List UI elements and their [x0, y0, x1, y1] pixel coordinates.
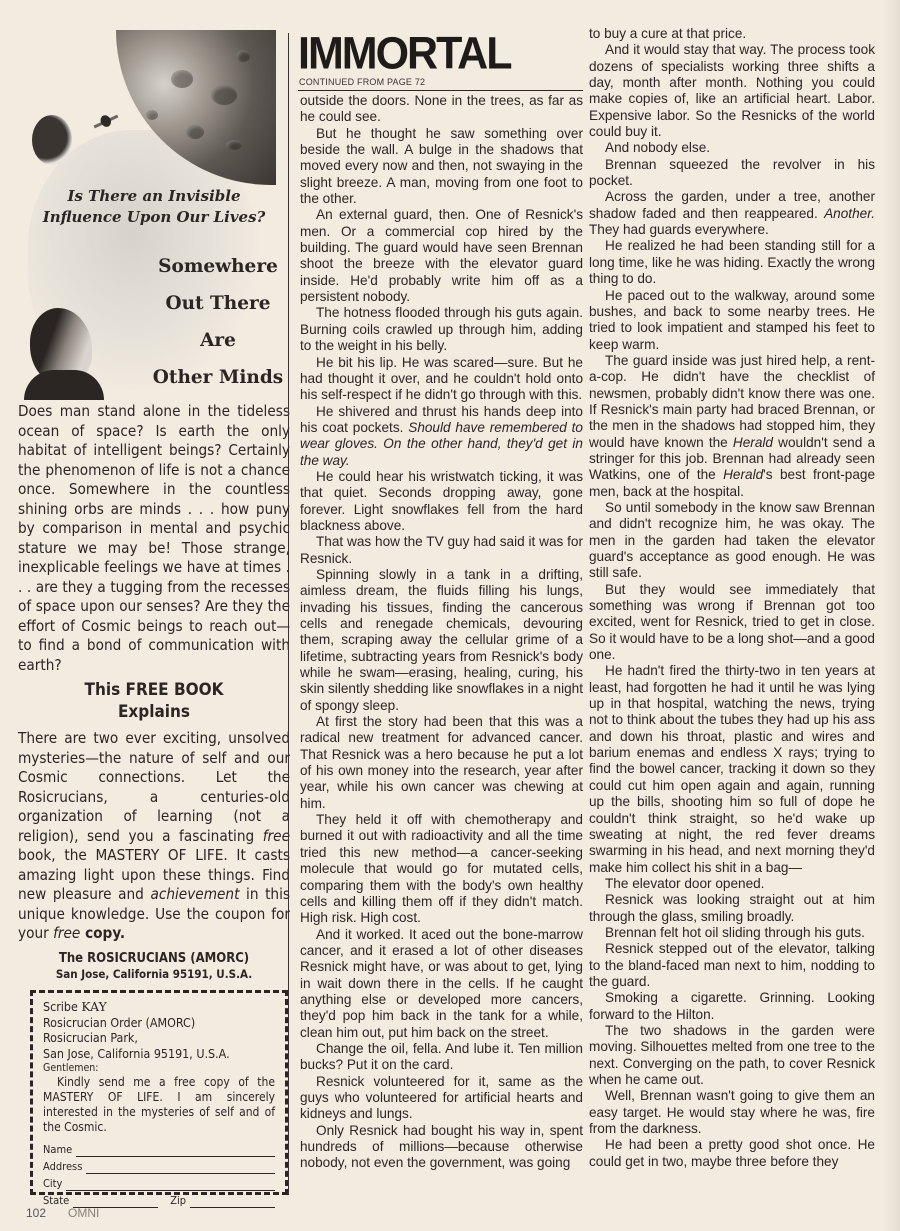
- story-paragraph: And it would stay that way. The process …: [589, 42, 875, 140]
- story-column-2: to buy a cure at that price.And it would…: [589, 26, 875, 1170]
- page-number: 102: [26, 1206, 46, 1220]
- story-paragraph: And it worked. It aced out the bone-marr…: [300, 927, 583, 1041]
- story-paragraph: That was how the TV guy had said it was …: [300, 534, 583, 567]
- coupon-salutation: Gentlemen:: [43, 1061, 275, 1075]
- page-edge-shadow: [884, 0, 900, 1231]
- story-paragraph: The hotness flooded through his guts aga…: [300, 305, 583, 354]
- story-paragraph: And nobody else.: [589, 140, 875, 156]
- coupon-org-line: Rosicrucian Order (AMORC): [43, 1015, 275, 1031]
- story-paragraph: Across the garden, under a tree, another…: [589, 189, 875, 238]
- ad-address: San Jose, California 95191, U.S.A.: [18, 967, 290, 982]
- story-paragraph: Only Resnick had bought his way in, spen…: [300, 1123, 583, 1172]
- story-paragraph: The elevator door opened.: [589, 876, 875, 892]
- ad-tagline: Is There an Invisible Influence Upon Our…: [18, 186, 290, 228]
- address-input-line[interactable]: [86, 1163, 275, 1174]
- story-column-1: outside the doors. None in the trees, as…: [300, 93, 583, 1172]
- story-paragraph: Well, Brennan wasn't going to give them …: [589, 1088, 875, 1137]
- story-paragraph: Brennan felt hot oil sliding through his…: [589, 925, 875, 941]
- story-paragraph: He bit his lip. He was scared—sure. But …: [300, 355, 583, 404]
- story-paragraph: He shivered and thrust his hands deep in…: [300, 404, 583, 469]
- coupon-request-text: Kindly send me a free copy of the MASTER…: [43, 1075, 275, 1135]
- satellite-icon: [94, 115, 119, 129]
- coupon-city-line: San Jose, California 95191, U.S.A.: [43, 1046, 275, 1062]
- story-paragraph: An external guard, then. One of Resnick'…: [300, 207, 583, 305]
- title-rule: [298, 90, 583, 91]
- story-paragraph: Resnick volunteered for it, same as the …: [300, 1074, 583, 1123]
- story-paragraph: outside the doors. None in the trees, as…: [300, 93, 583, 126]
- coupon-scribe-line: Scribe KAY: [43, 999, 275, 1015]
- story-title: IMMORTAL: [298, 33, 510, 75]
- story-paragraph: He had been a pretty good shot once. He …: [589, 1137, 875, 1170]
- story-paragraph: They held it off with chemotherapy and b…: [300, 812, 583, 926]
- story-paragraph: to buy a cure at that price.: [589, 26, 875, 42]
- story-paragraph: Change the oil, fella. And lube it. Ten …: [300, 1041, 583, 1074]
- ad-headline: Somewhere Out There Are Other Minds: [138, 248, 298, 396]
- story-paragraph: Brennan squeezed the revolver in his poc…: [589, 157, 875, 190]
- story-paragraph: But he thought he saw something over bes…: [300, 126, 583, 208]
- man-looking-up-illustration: [24, 308, 109, 396]
- coupon-name-field[interactable]: Name: [43, 1143, 275, 1157]
- story-paragraph: Smoking a cigarette. Grinning. Looking f…: [589, 990, 875, 1023]
- magazine-name: OMNI: [68, 1206, 99, 1220]
- story-paragraph: Resnick was looking straight out at him …: [589, 892, 875, 925]
- story-paragraph: He could hear his wristwatch ticking, it…: [300, 469, 583, 534]
- story-paragraph: The guard inside was just hired help, a …: [589, 353, 875, 500]
- story-paragraph: So until somebody in the know saw Brenna…: [589, 500, 875, 582]
- story-paragraph: He realized he had been standing still f…: [589, 238, 875, 287]
- continued-from-note: CONTINUED FROM PAGE 72: [299, 77, 425, 87]
- story-paragraph: He hadn't fired the thirty-two in ten ye…: [589, 663, 875, 875]
- zip-input-line[interactable]: [190, 1197, 275, 1208]
- ad-signature: The ROSICRUCIANS (AMORC): [18, 950, 290, 967]
- city-input-line[interactable]: [66, 1180, 275, 1191]
- story-paragraph: Spinning slowly in a tank in a drifting,…: [300, 567, 583, 714]
- ad-subhead: This FREE BOOK Explains: [18, 679, 290, 723]
- coupon-address-field[interactable]: Address: [43, 1160, 275, 1174]
- page-folio: 102OMNI: [26, 1206, 99, 1220]
- story-paragraph: He paced out to the walkway, around some…: [589, 288, 875, 353]
- story-paragraph: Resnick stepped out of the elevator, tal…: [589, 941, 875, 990]
- mail-in-coupon[interactable]: Scribe KAY Rosicrucian Order (AMORC) Ros…: [30, 990, 288, 1195]
- ad-intro-paragraph: Does man stand alone in the tideless oce…: [18, 402, 290, 675]
- story-paragraph: But they would see immediately that some…: [589, 582, 875, 664]
- ad-body-copy: Does man stand alone in the tideless oce…: [18, 402, 290, 982]
- small-planet-icon: [32, 115, 72, 165]
- ad-illustration: Is There an Invisible Influence Upon Our…: [18, 30, 290, 400]
- ad-offer-paragraph: There are two ever exciting, unsolved my…: [18, 729, 290, 944]
- story-paragraph: At first the story had been that this wa…: [300, 714, 583, 812]
- name-input-line[interactable]: [76, 1146, 275, 1157]
- coupon-city-field[interactable]: City: [43, 1177, 275, 1191]
- column-divider: [288, 33, 289, 1195]
- coupon-park-line: Rosicrucian Park,: [43, 1030, 275, 1046]
- magazine-page: Is There an Invisible Influence Upon Our…: [0, 0, 900, 1231]
- story-paragraph: The two shadows in the garden were movin…: [589, 1023, 875, 1088]
